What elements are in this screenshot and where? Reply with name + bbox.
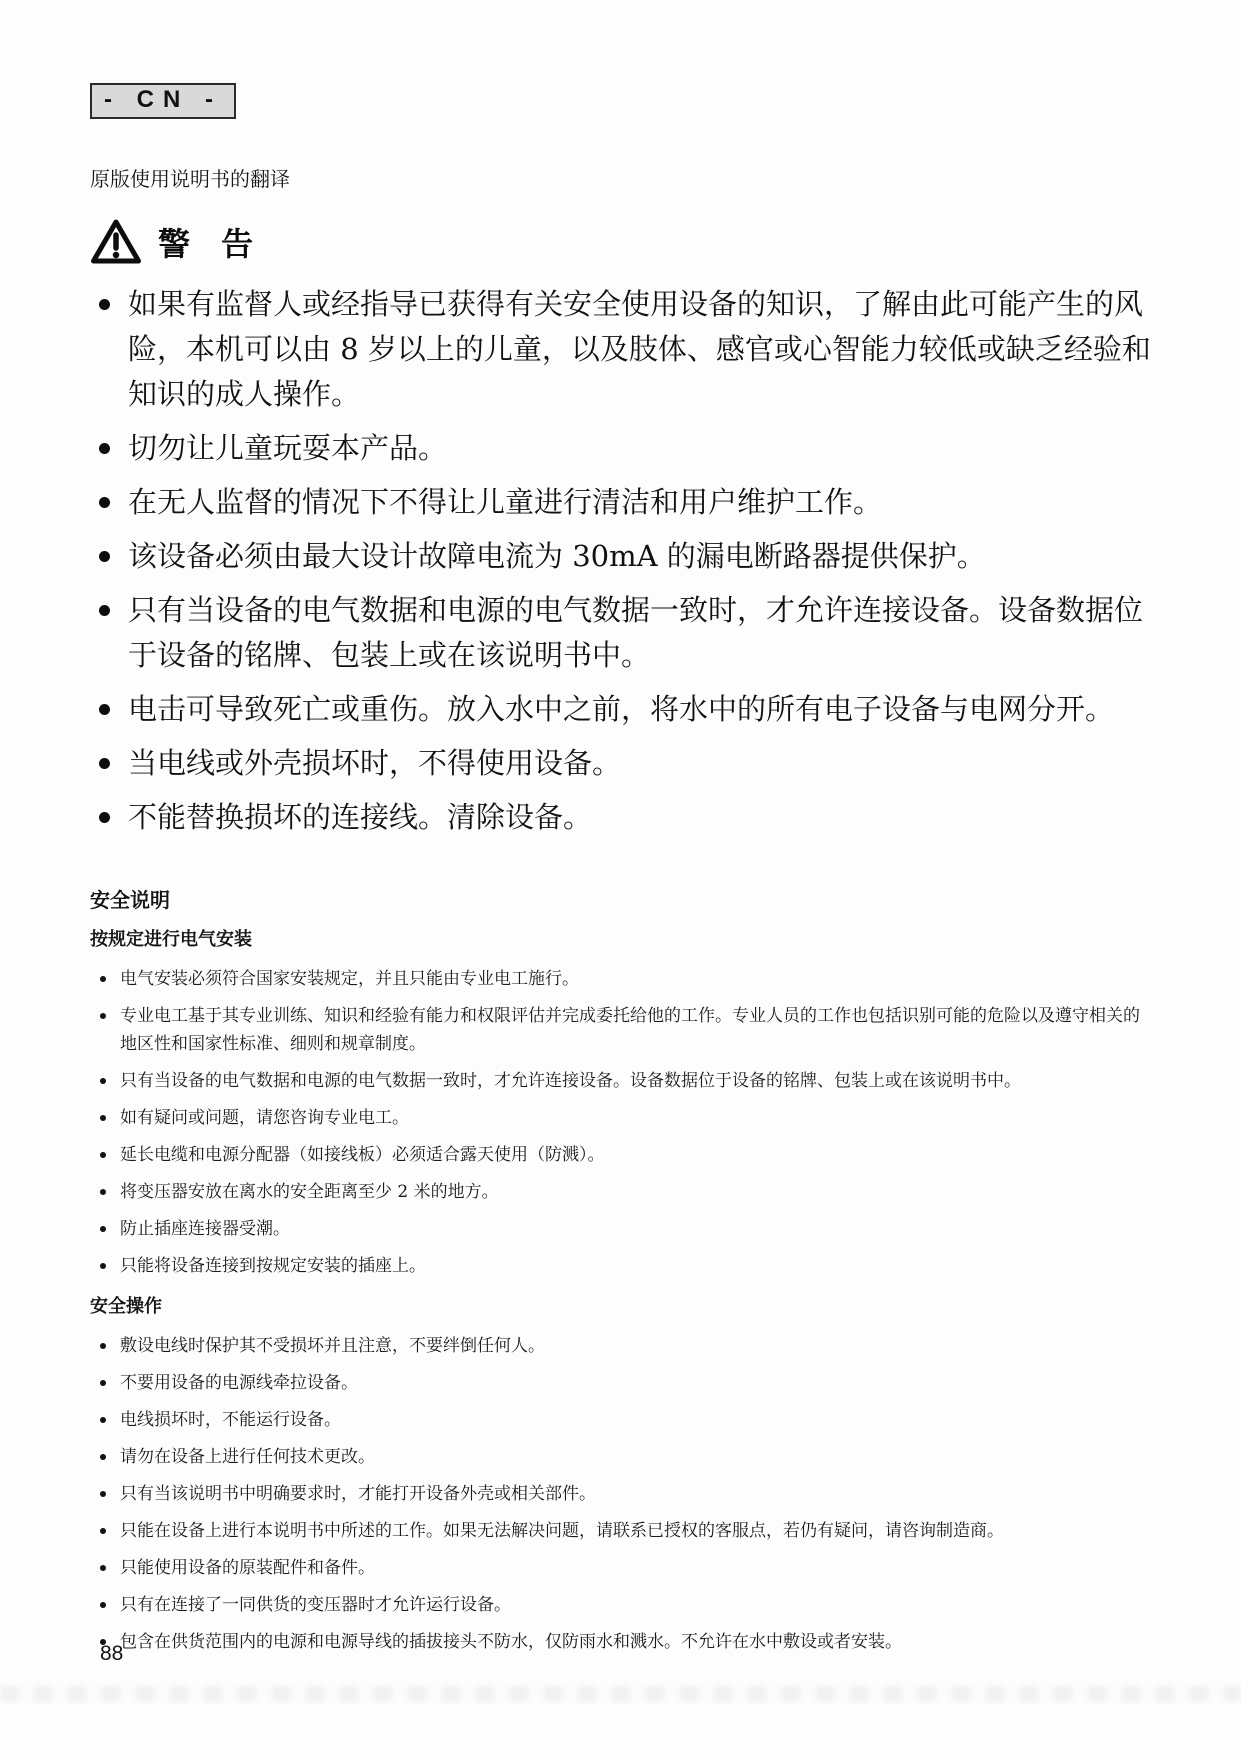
warning-triangle-icon	[90, 218, 142, 266]
scan-bleedthrough-artifact	[0, 1686, 1241, 1702]
safety-note-item: 专业电工基于其专业训练、知识和经验有能力和权限评估并完成委托给他的工作。专业人员…	[90, 1002, 1153, 1058]
warning-title: 警 告	[158, 219, 263, 265]
safety-note-item: 只能在设备上进行本说明书中所述的工作。如果无法解决问题，请联系已授权的客服点，若…	[90, 1517, 1153, 1545]
safe-operation-title: 安全操作	[90, 1292, 1153, 1318]
safety-note-item: 敷设电线时保护其不受损坏并且注意，不要绊倒任何人。	[90, 1332, 1153, 1360]
manual-page: - CN - 原版使用说明书的翻译 警 告 如果有监督人或经指导已获得有关安全使…	[0, 0, 1241, 1754]
language-badge: - CN -	[90, 83, 236, 119]
safety-note-item: 只能使用设备的原装配件和备件。	[90, 1554, 1153, 1582]
safety-note-item: 只有当该说明书中明确要求时，才能打开设备外壳或相关部件。	[90, 1480, 1153, 1508]
warning-item: 当电线或外壳损坏时，不得使用设备。	[90, 741, 1153, 786]
safety-note-item: 请勿在设备上进行任何技术更改。	[90, 1443, 1153, 1471]
safety-note-item: 如有疑问或问题，请您咨询专业电工。	[90, 1104, 1153, 1132]
electrical-installation-title: 按规定进行电气安装	[90, 925, 1153, 951]
warning-item: 不能替换损坏的连接线。清除设备。	[90, 795, 1153, 840]
warning-item: 切勿让儿童玩耍本产品。	[90, 426, 1153, 471]
page-number: 88	[100, 1642, 123, 1666]
warning-header: 警 告	[90, 218, 1153, 266]
safety-note-item: 电气安装必须符合国家安装规定，并且只能由专业电工施行。	[90, 965, 1153, 993]
page-content: - CN - 原版使用说明书的翻译 警 告 如果有监督人或经指导已获得有关安全使…	[0, 0, 1241, 1656]
document-subtitle: 原版使用说明书的翻译	[90, 163, 1153, 192]
warning-item: 只有当设备的电气数据和电源的电气数据一致时，才允许连接设备。设备数据位于设备的铭…	[90, 588, 1153, 678]
safety-note-item: 延长电缆和电源分配器（如接线板）必须适合露天使用（防溅）。	[90, 1141, 1153, 1169]
safe-operation-list: 敷设电线时保护其不受损坏并且注意，不要绊倒任何人。 不要用设备的电源线牵拉设备。…	[90, 1332, 1153, 1656]
safety-note-item: 将变压器安放在离水的安全距离至少 2 米的地方。	[90, 1178, 1153, 1206]
safety-note-item: 电线损坏时，不能运行设备。	[90, 1406, 1153, 1434]
safety-note-item: 包含在供货范围内的电源和电源导线的插拔接头不防水，仅防雨水和溅水。不允许在水中敷…	[90, 1628, 1153, 1656]
warning-item: 电击可导致死亡或重伤。放入水中之前，将水中的所有电子设备与电网分开。	[90, 687, 1153, 732]
safety-note-item: 只有当设备的电气数据和电源的电气数据一致时，才允许连接设备。设备数据位于设备的铭…	[90, 1067, 1153, 1095]
warning-list: 如果有监督人或经指导已获得有关安全使用设备的知识，了解由此可能产生的风险，本机可…	[90, 282, 1153, 840]
warning-item: 该设备必须由最大设计故障电流为 30mA 的漏电断路器提供保护。	[90, 534, 1153, 579]
safety-note-item: 防止插座连接器受潮。	[90, 1215, 1153, 1243]
safety-note-item: 不要用设备的电源线牵拉设备。	[90, 1369, 1153, 1397]
safety-note-item: 只能将设备连接到按规定安装的插座上。	[90, 1252, 1153, 1280]
electrical-installation-list: 电气安装必须符合国家安装规定，并且只能由专业电工施行。 专业电工基于其专业训练、…	[90, 965, 1153, 1280]
safety-notes-title: 安全说明	[90, 884, 1153, 913]
warning-item: 如果有监督人或经指导已获得有关安全使用设备的知识，了解由此可能产生的风险，本机可…	[90, 282, 1153, 417]
warning-item: 在无人监督的情况下不得让儿童进行清洁和用户维护工作。	[90, 480, 1153, 525]
safety-note-item: 只有在连接了一同供货的变压器时才允许运行设备。	[90, 1591, 1153, 1619]
